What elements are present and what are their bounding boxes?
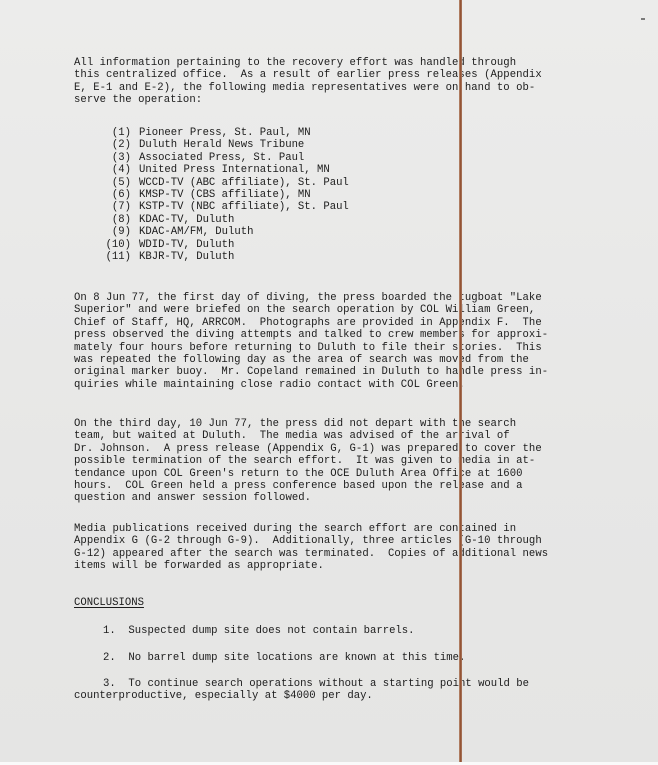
paragraph-media-intro: All information pertaining to the recove… [74,57,542,107]
list-item: (1)Pioneer Press, St. Paul, MN [101,127,349,139]
list-text: WDID-TV, Duluth [139,239,234,251]
paragraph-media-publications: Media publications received during the s… [74,523,548,573]
list-item: (3)Associated Press, St. Paul [101,152,349,164]
scan-mark [641,18,645,20]
list-number: (2) [101,139,131,151]
list-item: (7)KSTP-TV (NBC affiliate), St. Paul [101,201,349,213]
list-item: (9)KDAC-AM/FM, Duluth [101,226,349,238]
list-item: (2)Duluth Herald News Tribune [101,139,349,151]
conclusions-heading: CONCLUSIONS [74,597,144,609]
list-text: KDAC-TV, Duluth [139,214,234,226]
list-text: KDAC-AM/FM, Duluth [139,226,253,238]
conclusion-item: 2. No barrel dump site locations are kno… [103,652,465,664]
vertical-rule-line [459,0,462,762]
list-text: United Press International, MN [139,164,330,176]
list-item: (5)WCCD-TV (ABC affiliate), St. Paul [101,177,349,189]
document-page: All information pertaining to the recove… [0,0,658,762]
list-number: (10) [101,239,131,251]
list-text: KSTP-TV (NBC affiliate), St. Paul [139,201,349,213]
paragraph-first-day: On 8 Jun 77, the first day of diving, th… [74,292,548,391]
list-number: (7) [101,201,131,213]
list-text: Pioneer Press, St. Paul, MN [139,127,311,139]
list-number: (3) [101,152,131,164]
list-number: (4) [101,164,131,176]
list-number: (8) [101,214,131,226]
list-item: (8)KDAC-TV, Duluth [101,214,349,226]
conclusion-item: 1. Suspected dump site does not contain … [103,625,415,637]
paragraph-third-day: On the third day, 10 Jun 77, the press d… [74,418,542,505]
list-number: (6) [101,189,131,201]
list-number: (1) [101,127,131,139]
list-item: (4)United Press International, MN [101,164,349,176]
list-item: (11)KBJR-TV, Duluth [101,251,349,263]
media-list: (1)Pioneer Press, St. Paul, MN (2)Duluth… [101,127,349,263]
list-item: (6)KMSP-TV (CBS affiliate), MN [101,189,349,201]
list-number: (11) [101,251,131,263]
list-text: Duluth Herald News Tribune [139,139,304,151]
list-text: KBJR-TV, Duluth [139,251,234,263]
list-number: (5) [101,177,131,189]
list-number: (9) [101,226,131,238]
list-item: (10)WDID-TV, Duluth [101,239,349,251]
list-text: WCCD-TV (ABC affiliate), St. Paul [139,177,349,189]
list-text: KMSP-TV (CBS affiliate), MN [139,189,311,201]
list-text: Associated Press, St. Paul [139,152,304,164]
